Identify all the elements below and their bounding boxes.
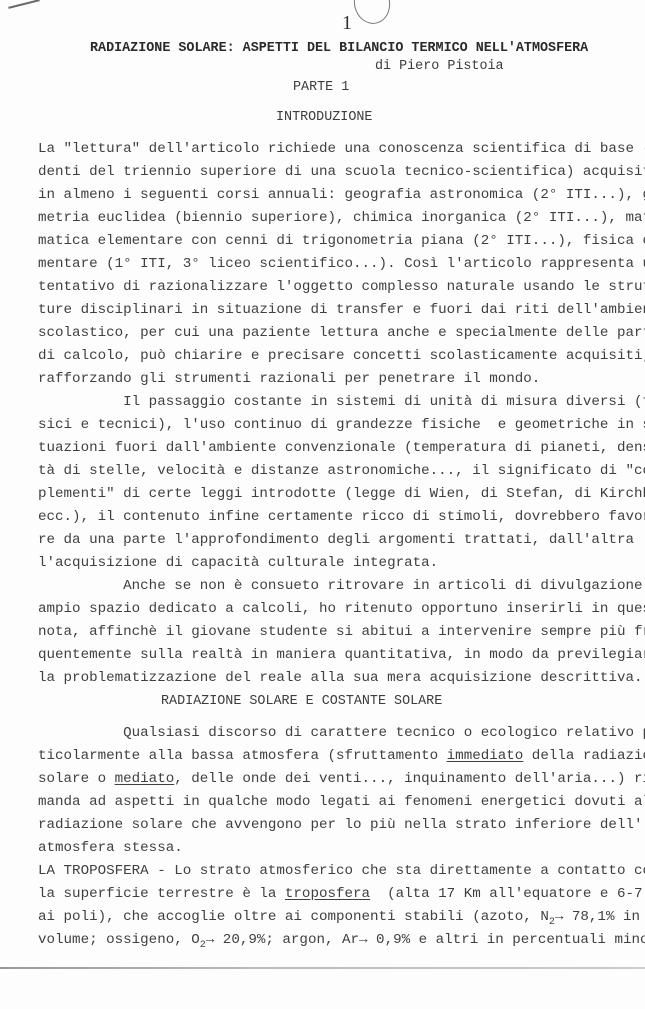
document-page: 1 RADIAZIONE SOLARE: ASPETTI DEL BILANCI…: [0, 0, 645, 1009]
section-heading-intro: INTRODUZIONE: [276, 110, 372, 126]
intro-line: Il passaggio costante in sistemi di unit…: [38, 394, 645, 410]
intro-line: re da una parte l'approfondimento degli …: [38, 532, 634, 548]
radiazione-line: solare o mediato, delle onde dei venti..…: [38, 771, 645, 787]
intro-line: mentare (1° ITI, 3° liceo scientifico...…: [38, 256, 645, 272]
intro-line: sici e tecnici), l'uso continuo di grand…: [38, 417, 645, 433]
radiazione-line: la superficie terrestre è la troposfera …: [38, 886, 645, 902]
intro-line: ecc.), il contenuto infine certamente ri…: [38, 509, 645, 525]
intro-line: nota, affinchè il giovane studente si ab…: [38, 624, 645, 640]
page-bottom-edge: [0, 967, 645, 969]
document-title: RADIAZIONE SOLARE: ASPETTI DEL BILANCIO …: [90, 41, 588, 57]
intro-line: ampio spazio dedicato a calcoli, ho rite…: [38, 601, 645, 617]
radiazione-line: atmosfera stessa.: [38, 840, 183, 856]
intro-line: tà di stelle, velocità e distanze astron…: [38, 463, 645, 479]
radiazione-line: ticolarmente alla bassa atmosfera (sfrut…: [38, 748, 645, 764]
radiazione-line: manda ad aspetti in qualche modo legati …: [38, 794, 645, 810]
radiazione-line: volume; ossigeno, O2→ 20,9%; argon, Ar→ …: [38, 932, 645, 948]
intro-line: Anche se non è consueto ritrovare in art…: [38, 578, 645, 594]
intro-line: la problematizzazione del reale alla sua…: [38, 670, 643, 686]
intro-line: di calcolo, può chiarire e precisare con…: [38, 348, 645, 364]
pen-mark: [8, 0, 40, 9]
intro-line: denti del triennio superiore di una scuo…: [38, 164, 645, 180]
intro-line: rafforzando gli strumenti razionali per …: [38, 371, 540, 387]
intro-line: ture disciplinari in situazione di trans…: [38, 302, 645, 318]
part-heading: PARTE 1: [293, 80, 349, 96]
radiazione-line: ai poli), che accoglie oltre ai componen…: [38, 909, 640, 925]
intro-line: plementi" di certe leggi introdotte (leg…: [38, 486, 645, 502]
intro-line: tentativo di razionalizzare l'oggetto co…: [38, 279, 645, 295]
intro-line: metria euclidea (biennio superiore), chi…: [38, 210, 645, 226]
hand-drawn-circle: [350, 0, 394, 27]
radiazione-line: radiazione solare che avvengono per lo p…: [38, 817, 643, 833]
intro-line: in almeno i seguenti corsi annuali: geog…: [38, 187, 645, 203]
intro-line: matica elementare con cenni di trigonome…: [38, 233, 645, 249]
section-heading-radiazione: RADIAZIONE SOLARE E COSTANTE SOLARE: [161, 694, 442, 710]
author-line: di Piero Pistoia: [375, 59, 504, 75]
intro-line: quentemente sulla realtà in maniera quan…: [38, 647, 645, 663]
intro-line: l'acquisizione di capacità culturale int…: [38, 555, 438, 571]
intro-line: La "lettura" dell'articolo richiede una …: [38, 141, 645, 157]
troposfera-heading-line: LA TROPOSFERA - Lo strato atmosferico ch…: [38, 863, 645, 879]
page-number: 1: [342, 12, 352, 35]
radiazione-line: Qualsiasi discorso di carattere tecnico …: [38, 725, 645, 741]
intro-line: scolastico, per cui una paziente lettura…: [38, 325, 645, 341]
intro-line: tuazioni fuori dall'ambiente convenziona…: [38, 440, 645, 456]
